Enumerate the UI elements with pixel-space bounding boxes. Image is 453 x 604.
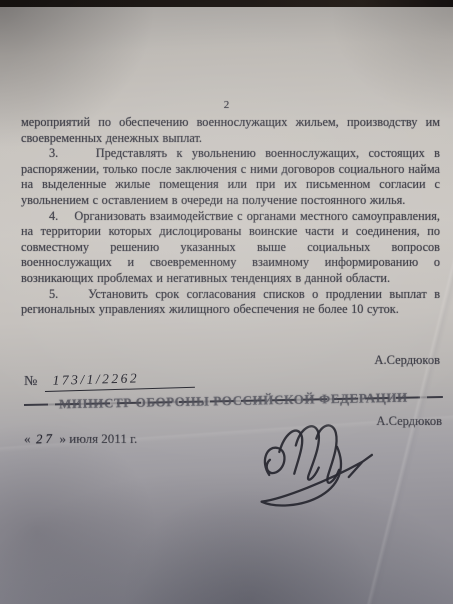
paragraph-4: 4. Организовать взаимодействие с органам… (21, 209, 440, 287)
document-number-value: 173/1/2262 (45, 369, 195, 392)
paragraph-5: 5. Установить срок согласования списков … (21, 287, 440, 318)
date-line: «27» июля 2011 г. (24, 431, 137, 447)
document-number-label: № (24, 374, 37, 389)
paragraph-continuation: мероприятий по обеспечению военнослужащи… (21, 115, 440, 146)
paragraph-3: 3. Представлять к увольнению военнослужа… (21, 146, 440, 208)
date-open-quote: « (24, 431, 31, 446)
document-number-row: №173/1/2262 (24, 373, 195, 392)
document-photo: 2 мероприятий по обеспечению военнослужа… (0, 0, 453, 604)
date-close-quote: » (60, 431, 67, 446)
date-day-handwritten: 27 (35, 431, 55, 448)
document-body: мероприятий по обеспечению военнослужащи… (21, 115, 440, 318)
photo-top-edge (0, 0, 453, 7)
date-month-year: июля 2011 г. (69, 431, 137, 446)
approver-name-top: А.Сердюков (374, 353, 440, 368)
handwritten-signature-icon (246, 402, 404, 515)
page-number: 2 (0, 99, 453, 111)
